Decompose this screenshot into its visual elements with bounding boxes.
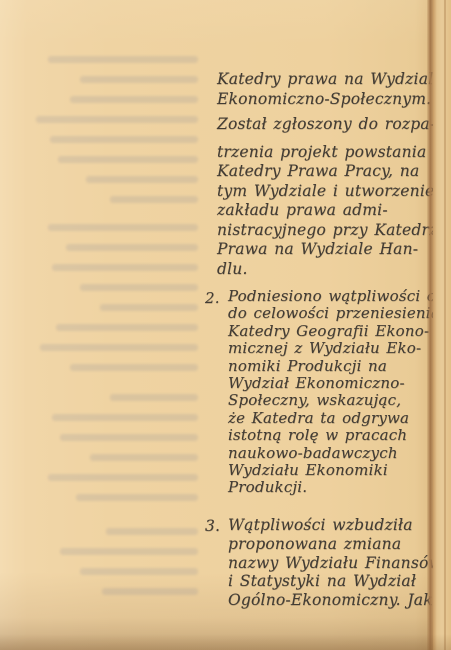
handwritten-line: dlu. bbox=[217, 260, 435, 280]
scanned-notebook-page: Katedry prawa na WydzialeEkonomiczno-Spo… bbox=[0, 0, 451, 650]
handwritten-line: Społeczny, wskazując, bbox=[228, 392, 436, 409]
handwritten-line: do celowości przeniesienia bbox=[228, 305, 436, 322]
handwritten-line: zakładu prawa admi- bbox=[217, 201, 435, 221]
handwritten-line: trzenia projekt powstania bbox=[217, 143, 435, 163]
handwritten-line: Podniesiono wątpliwości co bbox=[228, 288, 436, 305]
adjacent-page-edge bbox=[433, 0, 451, 650]
handwritten-line: nistracyjnego przy Katedrze bbox=[217, 221, 435, 241]
handwritten-line: micznej z Wydziału Eko- bbox=[228, 340, 436, 357]
handwritten-line: Produkcji. bbox=[228, 479, 436, 496]
handwritten-line: naukowo-badawczych bbox=[228, 445, 436, 462]
handwritten-line: proponowana zmiana bbox=[228, 535, 440, 554]
handwritten-line: Prawa na Wydziale Han- bbox=[217, 240, 435, 260]
item-number: 2. bbox=[205, 289, 220, 307]
item-number: 3. bbox=[205, 517, 220, 535]
handwritten-line: Katedry prawa na Wydziale bbox=[217, 70, 435, 90]
numbered-item-3: 3. Wątpliwości wzbudziłaproponowana zmia… bbox=[228, 516, 440, 610]
handwritten-line: i Statystyki na Wydział bbox=[228, 572, 440, 591]
handwritten-line: Katedry Prawa Pracy, na bbox=[217, 162, 435, 182]
paragraph-continuation: Katedry prawa na WydzialeEkonomiczno-Spo… bbox=[217, 70, 435, 279]
handwritten-line: nazwy Wydziału Finansów bbox=[228, 554, 440, 573]
handwritten-line: Katedry Geografii Ekono- bbox=[228, 323, 436, 340]
item-lines: Podniesiono wątpliwości codo celowości p… bbox=[228, 288, 436, 497]
handwritten-line: Wydziału Ekonomiki bbox=[228, 462, 436, 479]
handwritten-line: że Katedra ta odgrywa bbox=[228, 410, 436, 427]
handwritten-line: Został zgłoszony do rozpa- bbox=[217, 115, 435, 135]
handwritten-line: tym Wydziale i utworzenie bbox=[217, 182, 435, 202]
handwritten-line: Ekonomiczno-Społecznym. bbox=[217, 90, 435, 110]
handwritten-line: Ogólno-Ekonomiczny. Jako bbox=[228, 591, 440, 610]
handwritten-line: nomiki Produkcji na bbox=[228, 358, 436, 375]
handwritten-line: Wydział Ekonomiczno- bbox=[228, 375, 436, 392]
page-bottom-shadow bbox=[0, 634, 451, 650]
handwritten-line: Wątpliwości wzbudziła bbox=[228, 516, 440, 535]
handwritten-line: istotną rolę w pracach bbox=[228, 427, 436, 444]
handwritten-text-block: Katedry prawa na WydzialeEkonomiczno-Spo… bbox=[0, 0, 451, 650]
numbered-item-2: 2. Podniesiono wątpliwości codo celowośc… bbox=[228, 288, 436, 497]
item-lines: Wątpliwości wzbudziłaproponowana zmianan… bbox=[228, 516, 440, 610]
